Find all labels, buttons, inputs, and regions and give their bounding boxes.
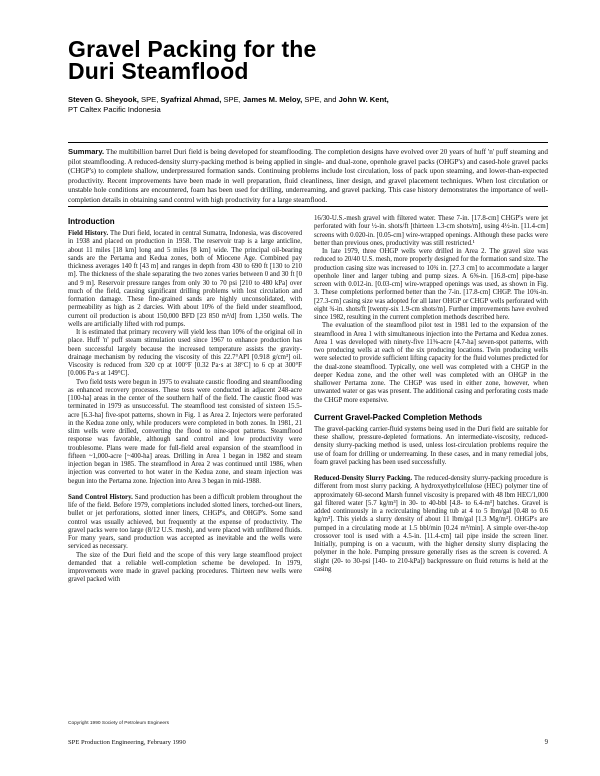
author-name: John W. Kent, — [339, 95, 389, 104]
summary-text: The multibillion barrel Duri field is be… — [68, 148, 548, 204]
paper-title: Gravel Packing for the Duri Steamflood — [68, 38, 488, 82]
author-block: Steven G. Sheyook, SPE, Syafrizal Ahmad,… — [68, 95, 558, 115]
body-paragraph: The gravel-packing carrier-fluid systems… — [314, 426, 548, 467]
body-paragraph: The evaluation of the steamflood pilot t… — [314, 322, 548, 405]
title-line-2: Duri Steamflood — [68, 60, 488, 82]
journal-footer: SPE Production Engineering, February 199… — [68, 739, 302, 747]
body-paragraph: 16/30-U.S.-mesh gravel with filtered wat… — [314, 215, 548, 248]
author-name: Steven G. Sheyook, — [68, 95, 139, 104]
summary-label: Summary. — [68, 147, 104, 156]
field-history-paragraph: Field History. The Duri field, located i… — [68, 230, 302, 329]
title-line-1: Gravel Packing for the — [68, 38, 488, 60]
author-list: Steven G. Sheyook, SPE, Syafrizal Ahmad,… — [68, 95, 558, 105]
summary-paragraph: Summary. The multibillion barrel Duri fi… — [68, 147, 548, 205]
copyright-notice: Copyright 1990 Society of Petroleum Engi… — [68, 721, 302, 727]
document-page: Gravel Packing for the Duri Steamflood S… — [0, 0, 600, 776]
spacer — [68, 486, 302, 494]
spacer — [314, 467, 548, 475]
top-divider — [68, 142, 548, 143]
author-name: Syafrizal Ahmad, — [160, 95, 221, 104]
page-number: 9 — [538, 739, 548, 747]
author-name: James M. Meloy, — [243, 95, 302, 104]
run-in-heading: Field History. — [68, 230, 108, 237]
run-in-heading: Sand Control History. — [68, 494, 133, 501]
left-column: Introduction Field History. The Duri fie… — [68, 217, 302, 585]
spacer — [314, 405, 548, 413]
section-heading-introduction: Introduction — [68, 217, 302, 227]
paragraph-text: The Duri field, located in central Sumat… — [68, 230, 302, 328]
body-paragraph: Two field tests were begun in 1975 to ev… — [68, 379, 302, 486]
author-affiliation: SPE, — [139, 95, 161, 104]
body-paragraph: In late 1979, three OHGP wells were dril… — [314, 248, 548, 322]
run-in-heading: Reduced-Density Slurry Packing. — [314, 475, 412, 482]
reduced-density-paragraph: Reduced-Density Slurry Packing. The redu… — [314, 475, 548, 574]
body-paragraph: The size of the Duri field and the scope… — [68, 552, 302, 585]
paragraph-text: The reduced-density slurry-packing proce… — [314, 475, 548, 573]
sand-control-paragraph: Sand Control History. Sand production ha… — [68, 494, 302, 552]
body-paragraph: It is estimated that primary recovery wi… — [68, 329, 302, 379]
summary-divider — [68, 206, 548, 207]
paragraph-text: Sand production has been a difficult pro… — [68, 494, 302, 551]
organization: PT Caltex Pacific Indonesia — [68, 105, 558, 115]
author-affiliation: SPE, and — [302, 95, 338, 104]
author-affiliation: SPE, — [221, 95, 243, 104]
section-heading-current-methods: Current Gravel-Packed Completion Methods — [314, 413, 548, 423]
right-column: 16/30-U.S.-mesh gravel with filtered wat… — [314, 215, 548, 574]
